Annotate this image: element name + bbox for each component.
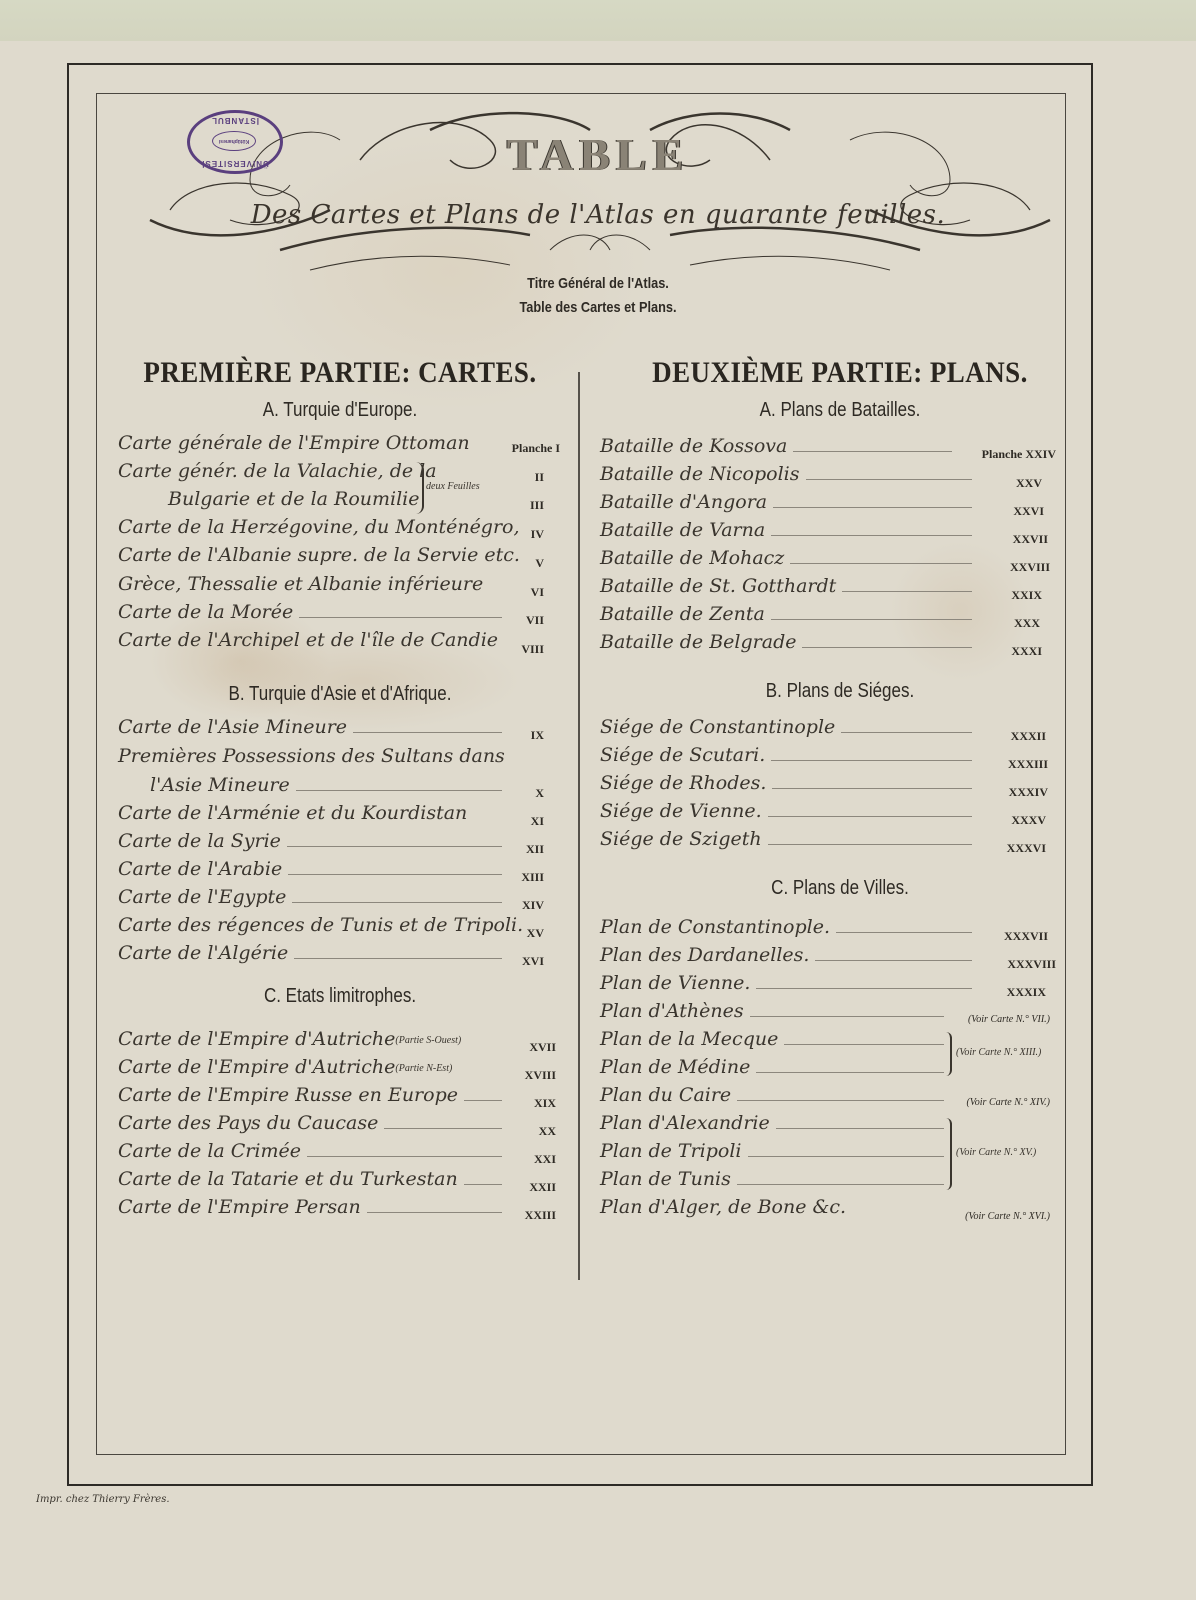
entry-name: Siége de Vienne. [600, 798, 762, 824]
entry-name: Carte de l'Asie Mineure [118, 714, 347, 740]
entry-name: Plan d'Alexandrie [600, 1110, 770, 1136]
leader-line [802, 646, 972, 648]
leader-line [771, 534, 972, 536]
list-item: Siége de Constantinople [600, 712, 980, 740]
part1-section-c-heading: C. Etats limitrophes. [145, 985, 536, 1008]
leader-line [768, 815, 972, 817]
entry-name: Carte de la Crimée [118, 1138, 301, 1164]
list-item: Bataille de St. Gotthardt [600, 571, 980, 599]
brace-icon [416, 462, 424, 514]
plate-number: VIII [480, 642, 544, 657]
part2-section-a-heading: A. Plans de Batailles. [636, 399, 1044, 422]
part1-heading: PREMIÈRE PARTIE: CARTES. [133, 356, 547, 390]
plate-number: XXVII [980, 532, 1048, 547]
entry-name: Carte de l'Archipel et de l'île de Candi… [118, 627, 498, 653]
brace-icon [946, 1032, 952, 1076]
list-item: Carte de l'Egypte [118, 882, 510, 910]
plate-number: XVII [480, 1040, 556, 1055]
entry-name: Premières Possessions des Sultans dans [118, 743, 505, 769]
leader-line [737, 1183, 944, 1185]
plate-number: XXXII [980, 729, 1046, 744]
entry-name: Siége de Constantinople [600, 714, 835, 740]
entry-name: Bataille de St. Gotthardt [600, 573, 836, 599]
entry-name: Carte de l'Empire d'Autriche [118, 1026, 395, 1052]
plate-number: XXV [980, 476, 1042, 491]
entry-name: Carte de la Morée [118, 599, 293, 625]
entry-note: (Partie N-Est) [395, 1063, 452, 1074]
entry-name: Bataille de Kossova [600, 433, 787, 459]
part1-section-b-heading: B. Turquie d'Asie et d'Afrique. [145, 683, 536, 706]
part1-section-a-heading: A. Turquie d'Europe. [145, 399, 536, 422]
title-line-2: Table des Cartes et Plans. [90, 299, 1107, 316]
leader-line [771, 618, 972, 620]
list-item: Siége de Vienne. [600, 796, 980, 824]
leader-line [771, 759, 972, 761]
entry-name: Bataille de Nicopolis [600, 461, 800, 487]
cross-reference: (Voir Carte N.° VII.) [946, 1014, 1050, 1025]
entry-name: Bataille de Varna [600, 517, 765, 543]
leader-line [287, 845, 502, 847]
part2-section-c-heading: C. Plans de Villes. [636, 877, 1044, 900]
list-item: Carte de l'Albanie supre. de la Servie e… [118, 540, 518, 568]
list-item: Carte de l'Empire Persan [118, 1192, 510, 1220]
leader-line [815, 959, 972, 961]
list-item: Plan de Constantinople. [600, 912, 980, 940]
list-item: Plan du Caire [600, 1080, 952, 1108]
leader-line [776, 1127, 944, 1129]
leader-line [836, 931, 972, 933]
list-item: Carte de la Tatarie et du Turkestan [118, 1164, 510, 1192]
stamp-text-bottom: İSTANBUL [190, 116, 280, 125]
plate-number: Planche I [480, 441, 560, 456]
leader-line [784, 1043, 944, 1045]
plate-number: XXIII [480, 1208, 556, 1223]
leader-line [307, 1155, 502, 1157]
part2-heading: DEUXIÈME PARTIE: PLANS. [624, 356, 1056, 390]
list-item: Carte de l'Archipel et de l'île de Candi… [118, 625, 518, 653]
entry-name: Siége de Szigeth [600, 826, 762, 852]
plate-number: XXVI [980, 504, 1044, 519]
entry-name: Plan de Vienne. [600, 970, 750, 996]
list-item: Plan d'Alexandrie [600, 1108, 952, 1136]
brace-note: deux Feuilles [426, 481, 480, 492]
list-item: Bataille de Mohacz [600, 543, 980, 571]
leader-line [773, 506, 972, 508]
entry-name: Carte des Pays du Caucase [118, 1110, 378, 1136]
leader-line [768, 843, 972, 845]
list-item: Carte de l'Asie Mineure [118, 712, 510, 740]
entry-name: Carte de l'Empire Russe en Europe [118, 1082, 458, 1108]
entry-name: Carte de l'Arabie [118, 856, 282, 882]
list-item: Carte de l'Empire d'Autriche(Partie S-Ou… [118, 1024, 488, 1052]
list-item: Bulgarie et de la Roumilie [168, 484, 418, 512]
list-item: Plan de Tunis [600, 1164, 952, 1192]
list-item: Bataille de Kossova [600, 431, 960, 459]
plate-number: XXXIV [980, 785, 1048, 800]
entry-name: Carte générale de l'Empire Ottoman [118, 430, 470, 456]
list-item: Plan de la Mecque [600, 1024, 952, 1052]
leader-line [806, 478, 973, 480]
list-item: Carte des Pays du Caucase [118, 1108, 510, 1136]
list-item: Carte de la Herzégovine, du Monténégro, [118, 512, 518, 540]
entry-name: Carte de l'Egypte [118, 884, 286, 910]
leader-line [296, 789, 502, 791]
list-item: Siége de Szigeth [600, 824, 980, 852]
plate-number: II [480, 470, 544, 485]
list-item: Plan d'Athènes [600, 996, 952, 1024]
entry-name: Carte de l'Empire d'Autriche [118, 1054, 395, 1080]
entry-name: l'Asie Mineure [150, 772, 290, 798]
leader-line [756, 987, 972, 989]
list-item: Premières Possessions des Sultans dans [118, 741, 518, 769]
list-item: l'Asie Mineure [150, 770, 510, 798]
leader-line [288, 873, 502, 875]
plate-number: XXXVII [980, 929, 1048, 944]
cross-reference: (Voir Carte N.° XVI.) [946, 1211, 1050, 1222]
list-item: Carte de l'Empire Russe en Europe [118, 1080, 510, 1108]
entry-name: Carte de la Herzégovine, du Monténégro, [118, 514, 520, 540]
brace-icon [946, 1118, 952, 1190]
entry-name: Bataille d'Angora [600, 489, 767, 515]
plate-number: XXXIII [980, 757, 1048, 772]
plate-number: XXXV [980, 813, 1046, 828]
entry-name: Plan de Tunis [600, 1166, 731, 1192]
entry-name: Plan des Dardanelles. [600, 942, 809, 968]
cross-reference: (Voir Carte N.° XIV.) [946, 1097, 1050, 1108]
list-item: Carte de la Morée [118, 597, 510, 625]
entry-name: Bataille de Mohacz [600, 545, 784, 571]
list-item: Grèce, Thessalie et Albanie inférieure [118, 569, 518, 597]
entry-name: Plan de la Mecque [600, 1026, 778, 1052]
entry-name: Carte de l'Arménie et du Kourdistan [118, 800, 467, 826]
list-item: Plan de Vienne. [600, 968, 980, 996]
list-item: Plan des Dardanelles. [600, 940, 980, 968]
entry-note: (Partie S-Ouest) [395, 1035, 461, 1046]
plate-number: XXX [980, 616, 1040, 631]
plate-number: XVI [480, 954, 544, 969]
entry-name: Grèce, Thessalie et Albanie inférieure [118, 571, 483, 597]
entry-name: Plan de Médine [600, 1054, 750, 1080]
list-item: Carte de la Syrie [118, 826, 510, 854]
list-item: Carte générale de l'Empire Ottoman [118, 428, 478, 456]
list-item: Plan de Médine [600, 1052, 952, 1080]
page-subtitle: Des Cartes et Plans de l'Atlas en quaran… [0, 200, 1196, 230]
plate-number: XXXI [980, 644, 1042, 659]
printer-imprint: Impr. chez Thierry Frères. [36, 1494, 170, 1505]
list-item: Carte de l'Empire d'Autriche(Partie N-Es… [118, 1052, 488, 1080]
leader-line [737, 1099, 944, 1101]
entry-name: Carte des régences de Tunis et de Tripol… [118, 912, 523, 938]
plate-number: XXIX [980, 588, 1042, 603]
leader-line [750, 1015, 944, 1017]
column-divider [578, 372, 580, 1280]
plate-number: XXXVI [980, 841, 1046, 856]
list-item: Plan de Tripoli [600, 1136, 952, 1164]
list-item: Carte de la Crimée [118, 1136, 510, 1164]
entry-name: Siége de Scutari. [600, 742, 765, 768]
leader-line [292, 901, 502, 903]
entry-name: Carte de l'Empire Persan [118, 1194, 361, 1220]
leader-line [841, 731, 972, 733]
brace-note: (Voir Carte N.° XIII.) [956, 1047, 1041, 1058]
entry-name: Bataille de Belgrade [600, 629, 796, 655]
part2-section-b-heading: B. Plans de Siéges. [636, 680, 1044, 703]
plate-number: XXXVIII [980, 957, 1056, 972]
leader-line [294, 957, 502, 959]
leader-line [793, 450, 952, 452]
list-item: Siége de Rhodes. [600, 768, 980, 796]
leader-line [842, 590, 972, 592]
entry-name: Plan d'Athènes [600, 998, 744, 1024]
title-line-1: Titre Général de l'Atlas. [90, 275, 1107, 292]
list-item: Carte de l'Arménie et du Kourdistan [118, 798, 518, 826]
page-title: TABLE [0, 128, 1196, 181]
plate-number: III [480, 498, 544, 513]
entry-name: Siége de Rhodes. [600, 770, 766, 796]
list-item: Bataille de Belgrade [600, 627, 980, 655]
entry-name: Plan de Tripoli [600, 1138, 742, 1164]
list-item: Carte des régences de Tunis et de Tripol… [118, 910, 518, 938]
leader-line [790, 562, 972, 564]
leader-line [756, 1071, 944, 1073]
list-item: Bataille de Varna [600, 515, 980, 543]
list-item: Bataille de Zenta [600, 599, 980, 627]
list-item: Carte de l'Algérie [118, 938, 510, 966]
entry-name: Plan d'Alger, de Bone &c. [600, 1194, 846, 1220]
entry-name: Plan de Constantinople. [600, 914, 830, 940]
list-item: Carte de l'Arabie [118, 854, 510, 882]
list-item: Bataille de Nicopolis [600, 459, 980, 487]
entry-name: Carte de la Tatarie et du Turkestan [118, 1166, 458, 1192]
entry-name: Plan du Caire [600, 1082, 731, 1108]
entry-name: Carte génér. de la Valachie, de la [118, 458, 437, 484]
leader-line [748, 1155, 945, 1157]
page-top-edge [0, 0, 1196, 42]
list-item: Bataille d'Angora [600, 487, 980, 515]
plate-number: XXXIX [980, 985, 1046, 1000]
entry-name: Bataille de Zenta [600, 601, 765, 627]
list-item: Carte génér. de la Valachie, de la [118, 456, 418, 484]
list-item: Plan d'Alger, de Bone &c. [600, 1192, 952, 1220]
entry-name: Carte de la Syrie [118, 828, 281, 854]
entry-name: Bulgarie et de la Roumilie [168, 486, 420, 512]
brace-note: (Voir Carte N.° XV.) [956, 1147, 1036, 1158]
leader-line [772, 787, 972, 789]
plate-number: XXVIII [980, 560, 1050, 575]
list-item: Siége de Scutari. [600, 740, 980, 768]
leader-line [299, 616, 502, 618]
entry-name: Carte de l'Albanie supre. de la Servie e… [118, 542, 520, 568]
entry-name: Carte de l'Algérie [118, 940, 288, 966]
